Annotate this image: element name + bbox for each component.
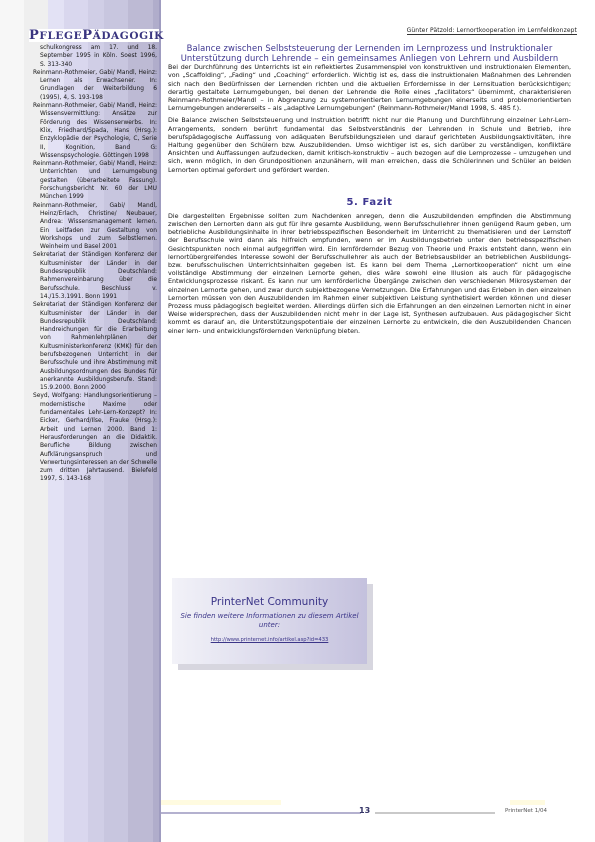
body-paragraph: Die Balance zwischen Selbststeuerung und… [168,117,571,174]
infobox-title: PrinterNet Community [172,596,367,608]
body-paragraph: Die dargestellten Ergebnisse sollten zum… [168,213,571,336]
references-sidebar: schulkongress am 17. und 18. September 1… [33,44,157,484]
infobox-subtitle: Sie finden weitere Informationen zu dies… [172,612,367,630]
sidebar-band [0,0,24,842]
footer-accent [161,800,281,805]
reference-item: Sekretariat der Ständigen Konferenz der … [33,301,157,392]
body-paragraph: Bei der Durchführung des Unterrichts ist… [168,64,571,113]
article-body: Balance zwischen Selbststeuerung der Ler… [168,44,571,340]
running-header: Günter Pätzold: Lernortkooperation im Le… [407,27,577,35]
reference-item: Reinmann-Rothmeier, Gabi/ Mandl, Heinz/E… [33,202,157,252]
reference-item: Seyd, Wolfgang: Handlungsorientierung – … [33,392,157,483]
section-subheading: Balance zwischen Selbststeuerung der Ler… [168,44,571,63]
logo-initial: P [82,28,92,43]
sidebar-edge [159,0,161,842]
logo-part: FLEGE [39,30,82,42]
reference-item: Reinmann-Rothmeier, Gabi/ Mandl, Heinz: … [33,102,157,160]
journal-issue: PrinterNet 1/04 [505,808,547,814]
reference-item: schulkongress am 17. und 18. September 1… [33,44,157,69]
footer-rule [161,812,361,814]
section-heading: 5. Fazit [168,197,571,208]
journal-logo: PFLEGEPÄDAGOGIK [29,29,159,42]
logo-part: ÄDAGOGIK [93,30,164,42]
page-number: 13 [359,806,370,815]
reference-item: Sekretariat der Ständigen Konferenz der … [33,251,157,301]
printernet-infobox: PrinterNet Community Sie finden weitere … [172,578,367,664]
reference-item: Reinmann-Rothmeier, Gabi/ Mandl, Heinz: … [33,69,157,102]
footer-rule [375,812,495,814]
infobox-link[interactable]: http://www.printernet.info/artikel.asp?i… [172,637,367,643]
footer-accent [510,800,545,805]
reference-item: Reinmann-Rothmeier, Gabi/ Mandl, Heinz: … [33,160,157,201]
logo-initial: P [29,28,39,43]
